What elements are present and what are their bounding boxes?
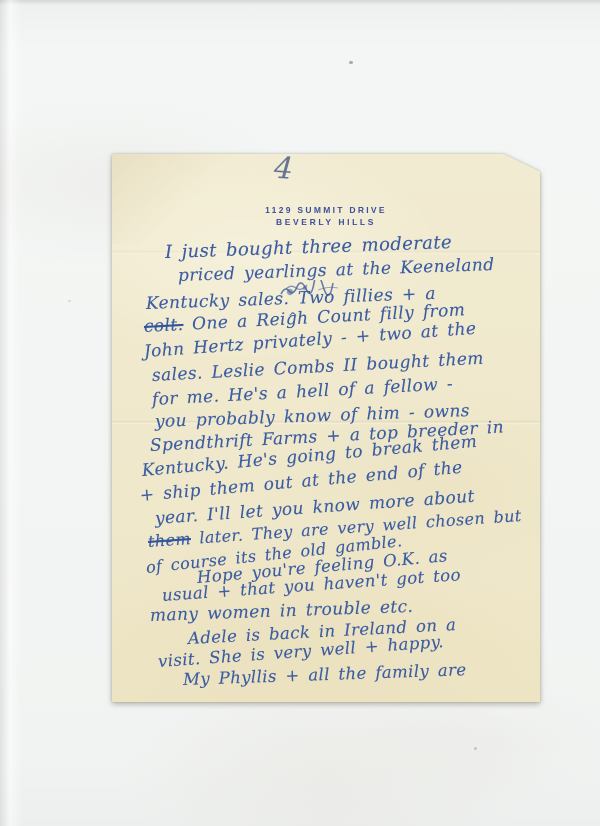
scanned-letter-page: 4 1129 SUMMIT DRIVE BEVERLY HILLS I just…	[0, 0, 600, 826]
insertion-caret: ^	[288, 310, 299, 325]
ink-blot-scribble	[278, 280, 340, 302]
letter-paper: 4 1129 SUMMIT DRIVE BEVERLY HILLS I just…	[112, 154, 540, 702]
dust-speck	[349, 61, 353, 64]
dust-speck	[474, 747, 477, 750]
handwriting-lines: I just bought three moderatepriced yearl…	[112, 154, 540, 702]
dust-speck	[68, 300, 71, 302]
letter-sheet: 4 1129 SUMMIT DRIVE BEVERLY HILLS I just…	[112, 154, 540, 702]
